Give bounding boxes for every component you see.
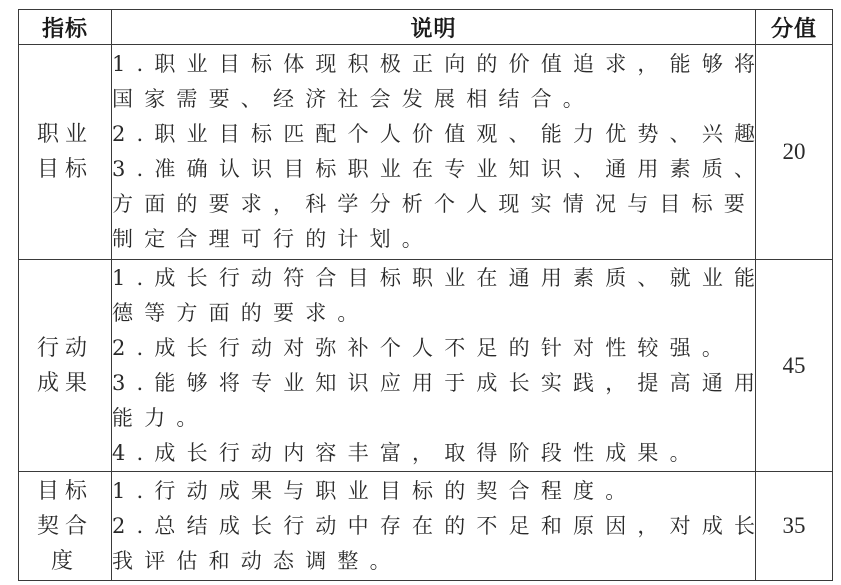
- header-description: 说明: [112, 10, 756, 45]
- indicator-text: 目标: [19, 152, 111, 187]
- indicator-cell: 职业 目标: [19, 45, 112, 260]
- description-line: 2.成长行动对弥补个人不足的针对性较强。: [112, 331, 755, 366]
- description-line: 方面的要求，科学分析个人现实情况与目标要求的差距，: [112, 187, 755, 222]
- table-header-row: 指标 说明 分值: [19, 10, 833, 45]
- description-line: 1.成长行动符合目标职业在通用素质、就业能力、职业道: [112, 261, 755, 296]
- description-line: 1.职业目标体现积极正向的价值追求，能够将个人理想与: [112, 47, 755, 82]
- header-indicator: 指标: [19, 10, 112, 45]
- indicator-text: 行动: [19, 331, 111, 366]
- description-line: 2.总结成长行动中存在的不足和原因，对成长计划进行自: [112, 509, 755, 544]
- description-line: 2.职业目标匹配个人价值观、能力优势、兴趣特点。: [112, 117, 755, 152]
- indicator-cell: 目标 契合 度: [19, 472, 112, 581]
- description-line: 3.能够将专业知识应用于成长实践，提高通用素质和就业: [112, 366, 755, 401]
- description-line: 国家需要、经济社会发展相结合。: [112, 82, 755, 117]
- indicator-text: 职业: [19, 117, 111, 152]
- description-line: 4.成长行动内容丰富，取得阶段性成果。: [112, 436, 755, 471]
- indicator-text: 契合: [19, 509, 111, 544]
- description-line: 3.准确认识目标职业在专业知识、通用素质、就业能力等: [112, 152, 755, 187]
- description-cell: 1.行动成果与职业目标的契合程度。 2.总结成长行动中存在的不足和原因，对成长计…: [112, 472, 756, 581]
- header-score: 分值: [756, 10, 833, 45]
- score-cell: 20: [756, 45, 833, 260]
- table-row-action-results: 行动 成果 1.成长行动符合目标职业在通用素质、就业能力、职业道 德等方面的要求…: [19, 260, 833, 472]
- description-cell: 1.成长行动符合目标职业在通用素质、就业能力、职业道 德等方面的要求。 2.成长…: [112, 260, 756, 472]
- description-cell: 1.职业目标体现积极正向的价值追求，能够将个人理想与 国家需要、经济社会发展相结…: [112, 45, 756, 260]
- score-cell: 35: [756, 472, 833, 581]
- table-row-career-goal: 职业 目标 1.职业目标体现积极正向的价值追求，能够将个人理想与 国家需要、经济…: [19, 45, 833, 260]
- scoring-rubric-table: 指标 说明 分值 职业 目标 1.职业目标体现积极正向的价值追求，能够将个人理想…: [18, 9, 833, 581]
- indicator-text: 目标: [19, 474, 111, 509]
- indicator-text: 成果: [19, 366, 111, 401]
- indicator-text: 度: [19, 544, 111, 579]
- table-row-goal-fit: 目标 契合 度 1.行动成果与职业目标的契合程度。 2.总结成长行动中存在的不足…: [19, 472, 833, 581]
- description-line: 德等方面的要求。: [112, 296, 755, 331]
- description-line: 1.行动成果与职业目标的契合程度。: [112, 474, 755, 509]
- description-line: 制定合理可行的计划。: [112, 222, 755, 257]
- description-line: 我评估和动态调整。: [112, 544, 755, 579]
- indicator-cell: 行动 成果: [19, 260, 112, 472]
- description-line: 能力。: [112, 401, 755, 436]
- score-cell: 45: [756, 260, 833, 472]
